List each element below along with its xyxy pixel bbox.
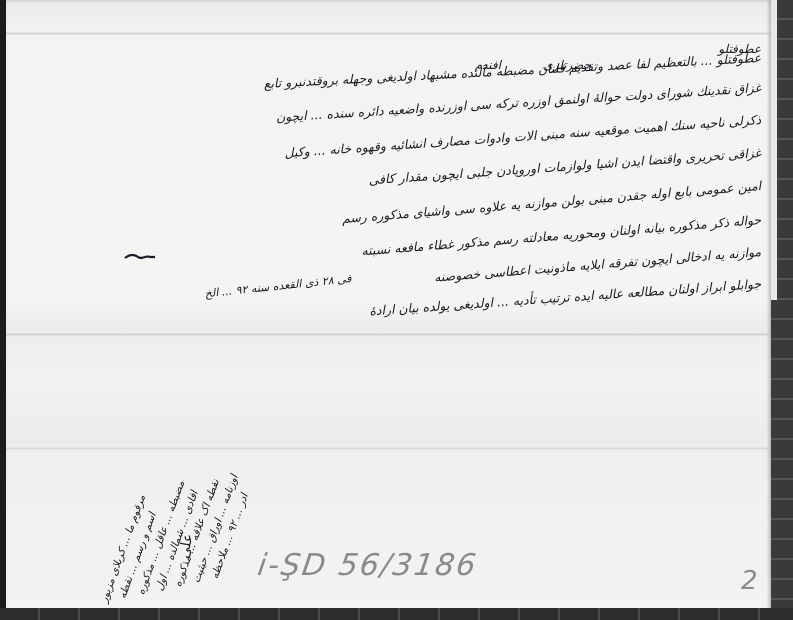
signature-flourish-icon [124,252,156,262]
scan-border-right [771,0,793,620]
paper-fold [6,447,771,450]
page-number: 2 [741,566,758,596]
body-line: غزاقی تحریری واقتضا ایدن اشیا ولوازمات ا… [2,145,761,213]
paper-edge [771,0,777,300]
document-page: عطوفتلو افندم حضرتلری عطوفتلو ... بالتعظ… [6,0,771,612]
archive-reference: i-ŞD 56/3186 [256,548,480,583]
paper-fold [6,32,771,35]
scan-border-bottom [0,608,793,620]
